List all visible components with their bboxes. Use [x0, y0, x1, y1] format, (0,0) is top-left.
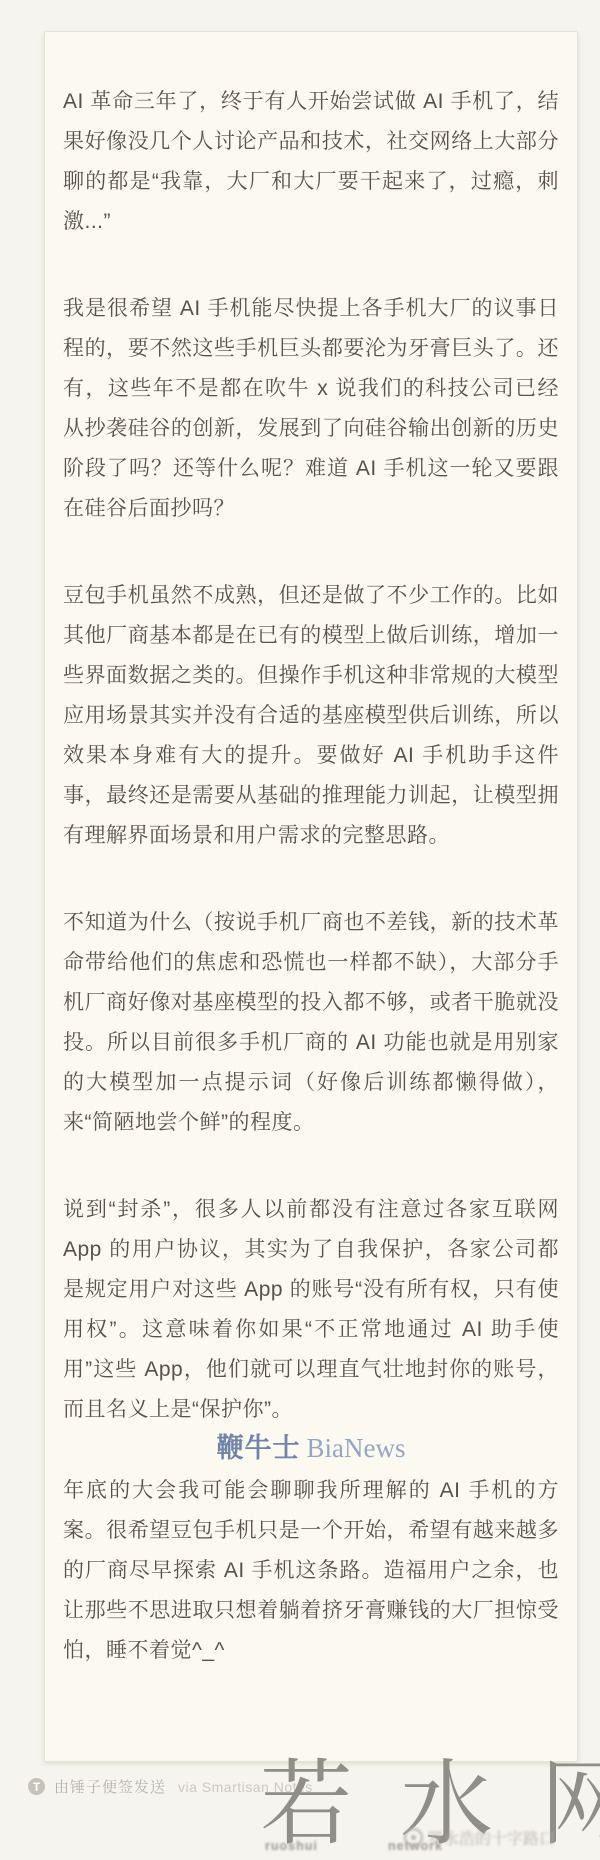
weibo-camera-icon [404, 1828, 423, 1847]
paragraph-2: 我是很希望 AI 手机能尽快提上各手机大厂的议事日程的，要不然这些手机巨头都要沦… [63, 289, 559, 529]
weibo-watermark-text: 罗永浩的十字路口 [427, 1826, 555, 1849]
note-card: AI 革命三年了，终于有人开始尝试做 AI 手机了，结果好像没几个人讨论产品和技… [44, 31, 578, 1762]
paragraph-1: AI 革命三年了，终于有人开始尝试做 AI 手机了，结果好像没几个人讨论产品和技… [63, 82, 559, 242]
smartisan-notes-icon: T [28, 1778, 45, 1795]
bianews-watermark: 鞭牛士BiaNews [63, 1431, 559, 1465]
weibo-photo-watermark: 罗永浩的十字路口 [404, 1826, 555, 1849]
paragraph-6: 年底的大会我可能会聊聊我所理解的 AI 手机的方案。很希望豆包手机只是一个开始，… [63, 1471, 559, 1671]
bianews-watermark-en: BiaNews [307, 1433, 406, 1463]
paragraph-5: 说到“封杀”，很多人以前都没有注意过各家互联网 App 的用户协议，其实为了自我… [63, 1190, 559, 1430]
smartisan-logo-letter: T [33, 1781, 40, 1793]
paragraph-4: 不知道为什么（按说手机厂商也不差钱，新的技术革命带给他们的焦虑和恐慌也一样都不缺… [63, 903, 559, 1143]
footer-sent-by-label: 由锤子便签发送 [54, 1776, 166, 1797]
bianews-watermark-cn: 鞭牛士 [217, 1433, 301, 1463]
paragraph-3: 豆包手机虽然不成熟，但还是做了不少工作的。比如其他厂商基本都是在已有的模型上做后… [63, 576, 559, 856]
article-text: AI 革命三年了，终于有人开始尝试做 AI 手机了，结果好像没几个人讨论产品和技… [63, 82, 559, 1671]
ruoshui-subtext-1: ruoshui [265, 1839, 318, 1853]
